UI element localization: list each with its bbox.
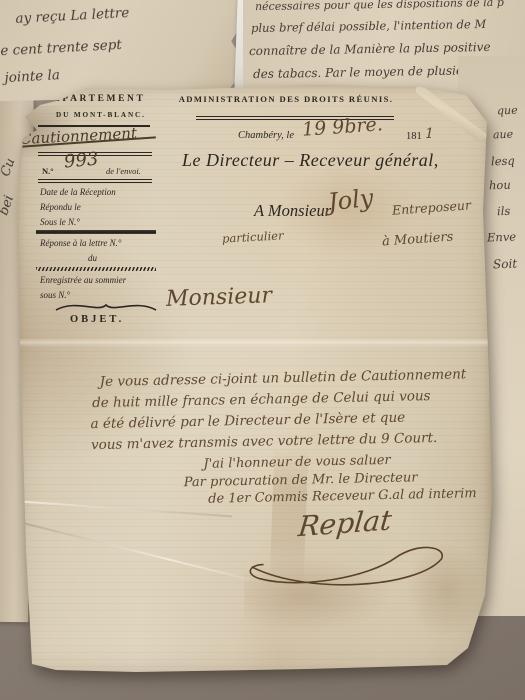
repondu-label: Répondu le	[40, 202, 81, 212]
manuscript-line: nécessaires pour que les dispositions de…	[255, 0, 504, 13]
handwritten-envoi-number: 993	[63, 149, 99, 173]
manuscript-fragment: ils	[497, 204, 511, 218]
handwritten-year-digit: 1	[425, 126, 434, 142]
department-title: DÉPARTEMENT	[44, 94, 145, 104]
closing-line: J'ai l'honneur de vous saluer	[203, 453, 391, 472]
salutation: Monsieur	[166, 283, 273, 312]
manuscript-line: connaître de la Manière la plus positive	[249, 40, 491, 58]
addressee-label: A Monsieur	[254, 201, 331, 221]
manuscript-fragment: Soit	[493, 257, 518, 272]
letter-body: Je vous adresse ci-joint un bulletin de …	[84, 366, 499, 615]
manuscript-fragment: que	[497, 104, 518, 118]
handwritten-addressee-title: Entreposeur	[392, 197, 472, 217]
manuscript-fragment: lesq	[491, 154, 515, 169]
ornament-brace	[54, 300, 158, 314]
administration-title: ADMINISTRATION DES DROITS RÉUNIS.	[162, 94, 410, 104]
paper-fold-band	[16, 338, 492, 347]
letter-paper: DÉPARTEMENT DU MONT-BLANC. Cautionnement…	[16, 80, 492, 674]
objet-label: OBJET.	[70, 314, 124, 325]
handwritten-date: 19 9bre.	[301, 113, 383, 141]
printed-year: 181	[406, 131, 422, 142]
sous-no-label: Sous le N.°	[40, 217, 80, 227]
registre-label: Enregistrée au sommier	[40, 275, 126, 285]
manuscript-fragment: hou	[489, 178, 511, 193]
zigzag-rule	[36, 267, 156, 271]
body-line: Je vous adresse ci-joint un bulletin de …	[100, 366, 467, 390]
body-line: a été délivré par le Directeur de l'Isèr…	[90, 410, 405, 433]
letter-document: DÉPARTEMENT DU MONT-BLANC. Cautionnement…	[16, 80, 492, 674]
place-date-label: Chambéry, le	[238, 130, 294, 141]
director-line: Le Directeur – Receveur général,	[182, 150, 439, 171]
manuscript-fragment: aue	[493, 128, 514, 142]
thick-rule	[36, 230, 156, 234]
closing-line: de 1er Commis Receveur G.al ad interim	[208, 486, 477, 507]
manuscript-line: le cent trente sept	[0, 37, 122, 60]
signature-flourish	[237, 534, 478, 599]
body-line: vous m'avez transmis avec votre lettre d…	[91, 430, 438, 453]
double-rule	[38, 179, 152, 183]
body-line: de huit mille francs en échange de Celui…	[92, 388, 431, 411]
department-subtitle: DU MONT-BLANC.	[56, 111, 146, 119]
handwritten-addressee-place: à Moutiers	[382, 230, 454, 250]
left-paper-fragment: bei	[0, 193, 17, 217]
manuscript-line: plus bref délai possible, l'intention de…	[251, 17, 486, 35]
reception-date-label: Date de la Réception	[40, 187, 116, 197]
photograph-of-historical-letter: Cu bei ay reçu La lettre le cent trente …	[0, 0, 525, 700]
envoi-label: de l'envoi.	[106, 166, 141, 176]
handwritten-addressee-name: Joly	[327, 184, 375, 217]
sous-label: sous N.°	[40, 290, 70, 300]
envoi-number-label: N.°	[42, 166, 54, 176]
du-label: du	[88, 253, 97, 263]
manuscript-line: ay reçu La lettre	[15, 5, 130, 27]
reponse-label: Réponse à la lettre N.°	[40, 238, 122, 248]
handwritten-addressee-title2: particulier	[222, 228, 284, 245]
